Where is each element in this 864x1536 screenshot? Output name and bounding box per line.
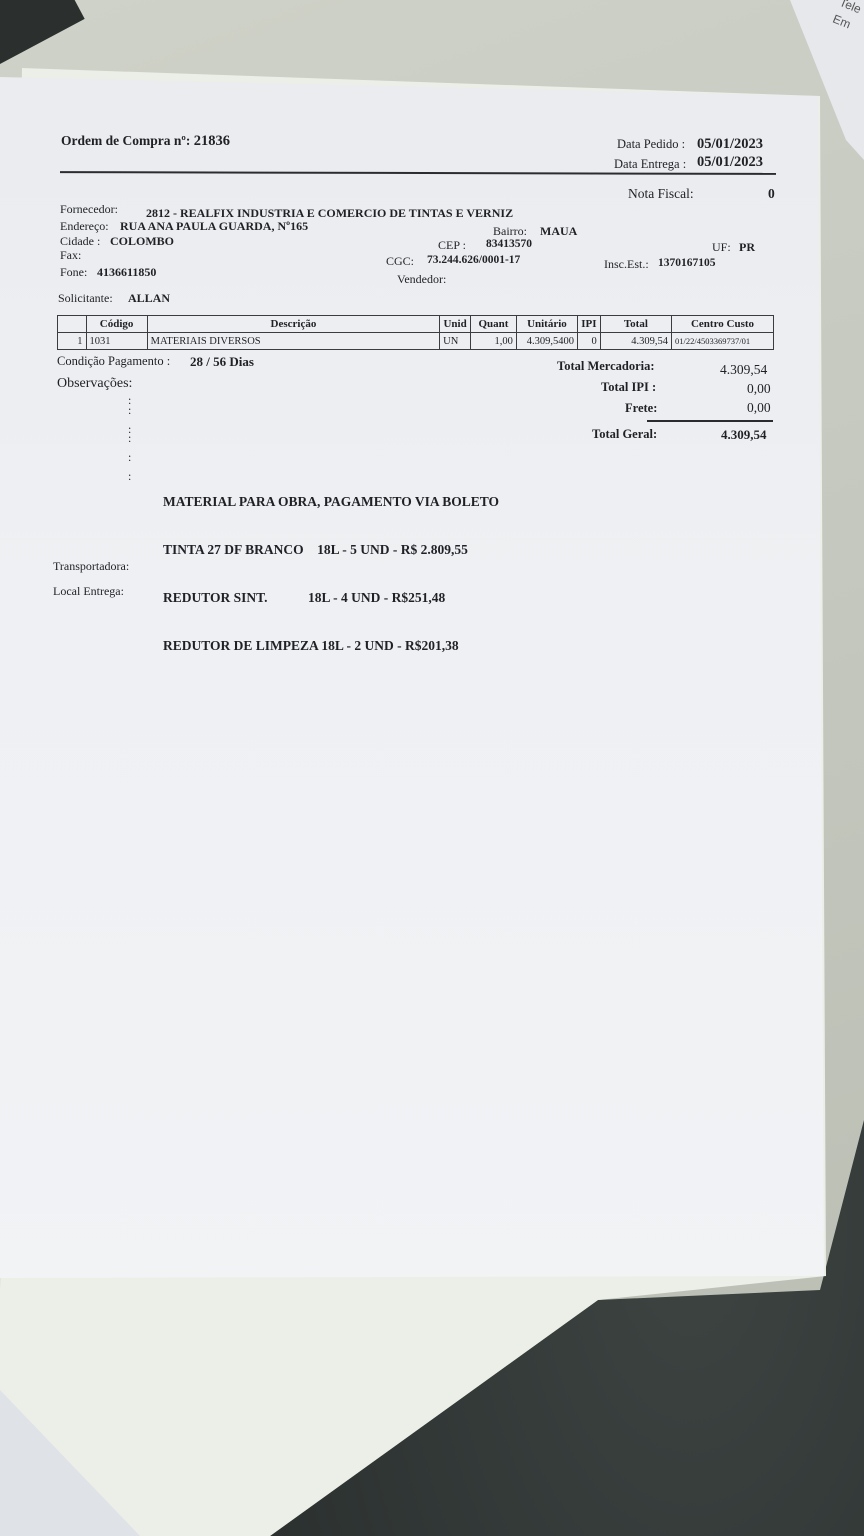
bairro-value: MAUA — [540, 224, 577, 239]
items-table-header: Código Descrição Unid Quant Unitário IPI… — [58, 316, 774, 333]
condicao-pagamento-label: Condição Pagamento : — [57, 354, 170, 369]
observacoes-text: MATERIAL PARA OBRA, PAGAMENTO VIA BOLETO… — [163, 462, 499, 686]
observacoes-line-markers: :::::: — [128, 396, 131, 482]
fax-label: Fax: — [60, 248, 81, 263]
cell-index: 1 — [58, 333, 87, 350]
bairro-label: Bairro: — [493, 224, 527, 239]
total-geral-label: Total Geral: — [592, 427, 657, 442]
table-row: 1 1031 MATERIAIS DIVERSOS UN 1,00 4.309,… — [58, 333, 774, 350]
observacao-line: TINTA 27 DF BRANCO 18L - 5 UND - R$ 2.80… — [163, 542, 499, 558]
order-number: 21836 — [194, 133, 230, 149]
cidade-value: COLOMBO — [110, 234, 174, 249]
data-pedido-value: 05/01/2023 — [697, 136, 763, 153]
solicitante-label: Solicitante: — [58, 291, 113, 306]
col-quant: Quant — [471, 316, 517, 333]
cep-label: CEP : — [438, 238, 466, 253]
observacoes-label: Observações: — [57, 376, 132, 392]
col-unid: Unid — [440, 316, 471, 333]
data-entrega-label: Data Entrega : — [614, 157, 686, 172]
uf-label: UF: — [712, 240, 731, 255]
fornecedor-label: Fornecedor: — [60, 202, 118, 217]
col-total: Total — [600, 316, 671, 333]
cell-codigo: 1031 — [86, 333, 147, 350]
total-ipi-value: 0,00 — [747, 381, 771, 397]
cell-ipi: 0 — [578, 333, 601, 350]
solicitante-value: ALLAN — [128, 291, 170, 306]
endereco-value: RUA ANA PAULA GUARDA, Nº165 — [120, 219, 308, 234]
cidade-label: Cidade : — [60, 234, 100, 249]
cgc-label: CGC: — [386, 254, 414, 269]
cep-value: 83413570 — [486, 238, 532, 250]
transportadora-label: Transportadora: — [53, 559, 129, 574]
total-mercadoria-value: 4.309,54 — [720, 362, 767, 378]
data-pedido-label: Data Pedido : — [617, 137, 685, 152]
cell-quant: 1,00 — [471, 333, 517, 350]
endereco-label: Endereço: — [60, 219, 109, 234]
frete-label: Frete: — [625, 401, 657, 416]
fone-value: 4136611850 — [97, 265, 156, 280]
col-codigo: Código — [86, 316, 147, 333]
cell-unitario: 4.309,5400 — [516, 333, 577, 350]
col-index — [58, 316, 87, 333]
cell-unid: UN — [440, 333, 471, 350]
col-descricao: Descrição — [147, 316, 440, 333]
nota-fiscal-value: 0 — [768, 186, 775, 202]
items-table: Código Descrição Unid Quant Unitário IPI… — [57, 315, 774, 350]
observacao-line: REDUTOR SINT. 18L - 4 UND - R$251,48 — [163, 590, 499, 606]
insc-est-value: 1370167105 — [658, 257, 716, 269]
col-ipi: IPI — [578, 316, 601, 333]
purchase-order-document: Ordem de Compra nº: 21836 Data Pedido : … — [0, 0, 864, 1300]
vendedor-label: Vendedor: — [397, 272, 446, 287]
observacao-line: MATERIAL PARA OBRA, PAGAMENTO VIA BOLETO — [163, 494, 499, 510]
insc-est-label: Insc.Est.: — [604, 257, 649, 272]
order-title: Ordem de Compra nº: 21836 — [61, 133, 230, 150]
data-entrega-value: 05/01/2023 — [697, 154, 763, 171]
observacao-line: REDUTOR DE LIMPEZA 18L - 2 UND - R$201,3… — [163, 638, 499, 654]
total-geral-value: 4.309,54 — [721, 427, 767, 443]
cgc-value: 73.244.626/0001-17 — [427, 254, 520, 266]
col-centro-custo: Centro Custo — [672, 316, 774, 333]
total-ipi-label: Total IPI : — [601, 380, 656, 395]
cell-centro-custo: 01/22/4503369737/01 — [672, 333, 774, 350]
totals-divider — [647, 420, 773, 422]
condicao-pagamento-value: 28 / 56 Dias — [190, 354, 254, 370]
total-mercadoria-label: Total Mercadoria: — [557, 359, 655, 374]
cell-total: 4.309,54 — [600, 333, 671, 350]
col-unitario: Unitário — [516, 316, 577, 333]
fone-label: Fone: — [60, 265, 87, 280]
uf-value: PR — [739, 240, 755, 255]
local-entrega-label: Local Entrega: — [53, 584, 124, 599]
cell-descricao: MATERIAIS DIVERSOS — [147, 333, 440, 350]
frete-value: 0,00 — [747, 400, 771, 416]
nota-fiscal-label: Nota Fiscal: — [628, 186, 694, 202]
